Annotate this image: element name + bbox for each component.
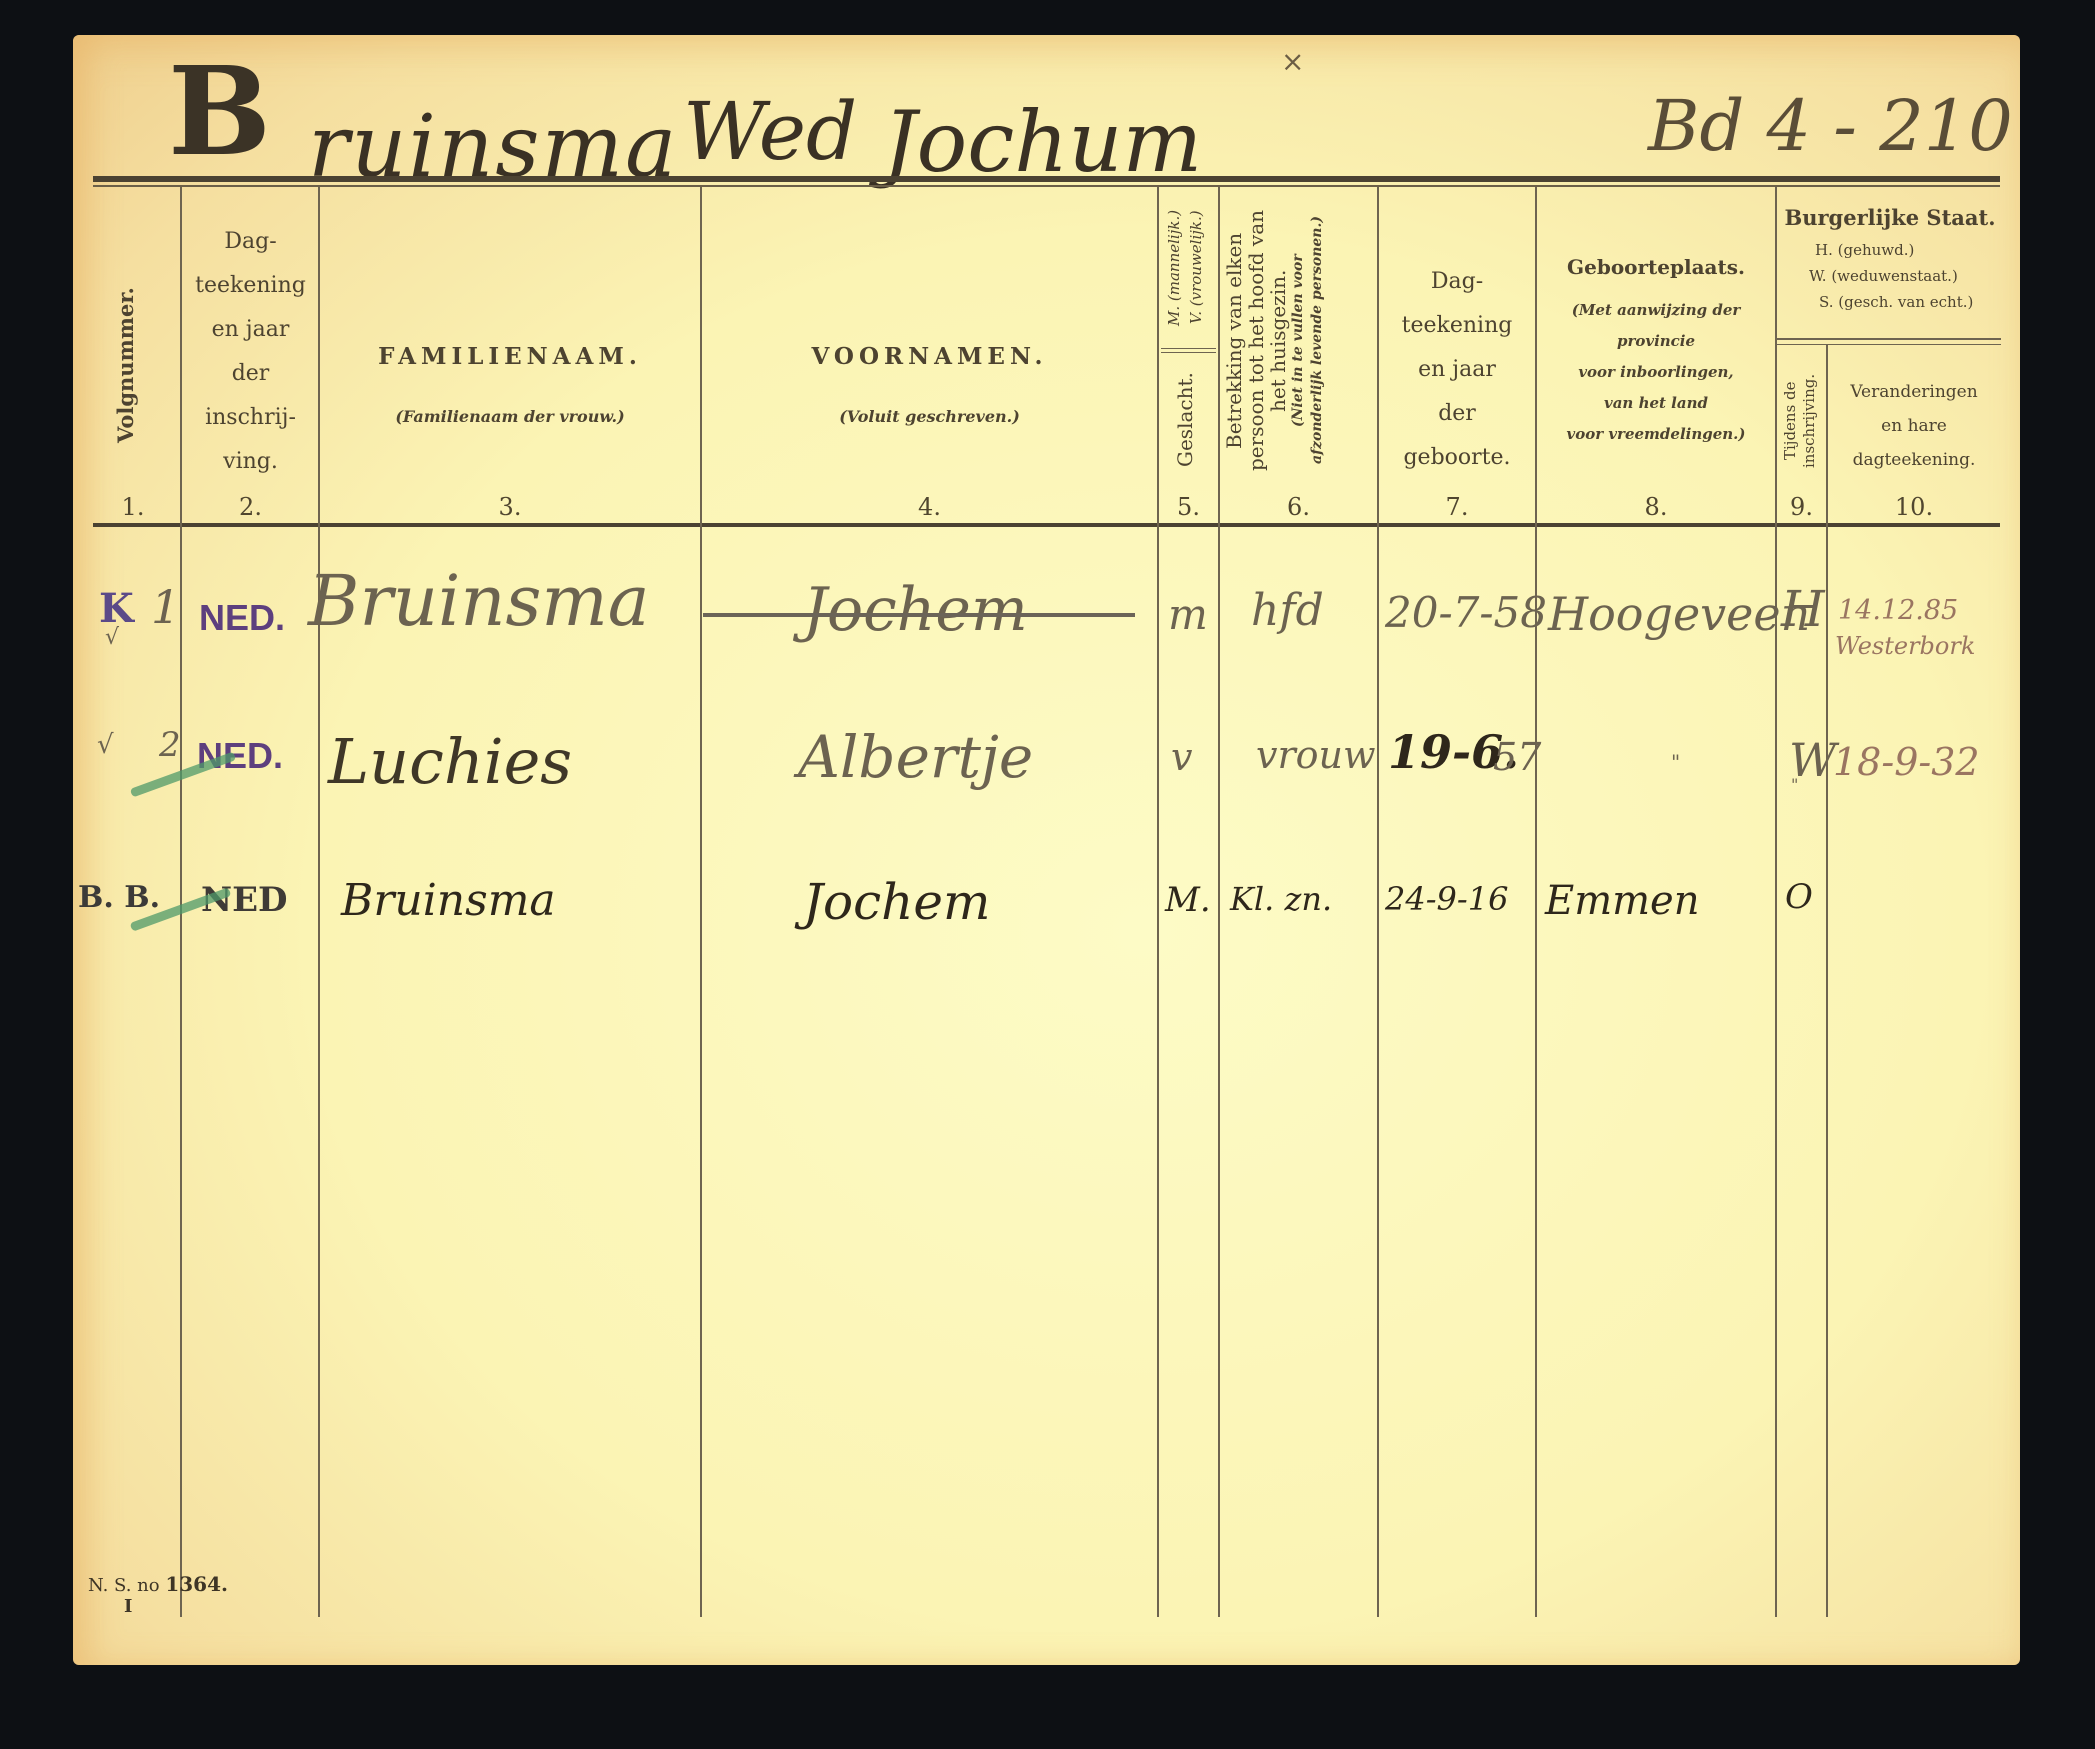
form-code: N. S. no 1364. I [88,1572,228,1617]
col-number-8: 8. [1537,493,1775,521]
col-number-6: 6. [1220,493,1377,521]
geboorteplaats-ditto: " [1671,750,1680,774]
geslacht-sub-rule-thin [1161,352,1216,353]
col-number-7: 7. [1379,493,1535,521]
burgerlijke-staat: O [1785,877,1813,917]
voornamen-strikethrough [703,613,1135,617]
header-burgerlijke-staat: Burgerlijke Staat. [1777,205,2003,230]
header-voornamen-sub: (Voluit geschreven.) [702,407,1157,426]
header-dagteekening-geboorte: Dag- teekening en jaar der geboorte. [1379,260,1535,480]
header-familienaam-sub: (Familienaam der vrouw.) [320,407,700,426]
check-mark: √ [97,730,114,760]
header-veranderingen: Veranderingen en hare dagteekening. [1828,375,2000,477]
col-divider-3 [700,187,702,1617]
col-divider-5 [1218,187,1220,1617]
veranderingen: 18-9-32 [1833,740,1980,784]
header-dagteekening-inschrijving: Dag- teekening en jaar der inschrij- vin… [183,220,318,484]
col-number-2: 2. [183,493,318,521]
header-bottom-rule [93,523,2000,527]
header-familienaam: FAMILIENAAM. [320,343,700,370]
population-register-card: B ruinsma Wed Jochum × Bd 4 - 210 Volgnu… [73,35,2020,1665]
header-voornamen: VOORNAMEN. [702,343,1157,370]
title-reference: Bd 4 - 210 [1648,85,2013,167]
col-divider-4 [1157,187,1159,1617]
familienaam: Bruinsma [308,560,650,642]
margin-stamp: B. B. [78,880,160,915]
betrekking: vrouw [1256,733,1376,777]
veranderingen-place: Westerbork [1835,632,1975,660]
inschrijving-stamp: NED. [197,735,283,777]
col-divider-2 [318,187,320,1617]
header-tijdens-inschrijving: Tijdens de inschrijving. [1781,357,1823,485]
betrekking: Kl. zn. [1230,880,1332,918]
geslacht-sub-rule [1161,348,1216,349]
col-number-5: 5. [1159,493,1218,521]
familienaam: Bruinsma [341,875,556,926]
title-surname: ruinsma [308,97,678,197]
col-number-3: 3. [320,493,700,521]
burgerlijke-staat-legend: H. (gehuwd.) W. (weduwenstaat.) S. (gesc… [1801,237,2001,315]
staat-sub-rule [1775,338,2001,340]
burgerlijke-staat: H [1781,580,1825,638]
staat-ditto: " [1791,775,1798,794]
header-top-rule-thin [93,185,2000,187]
betrekking: hfd [1251,585,1324,636]
volgnummer: 2 [159,725,181,765]
geslacht: v [1171,735,1192,779]
col-number-9: 9. [1777,493,1826,521]
col-divider-8 [1775,187,1777,1617]
volgnummer: 1 [151,580,180,634]
col-divider-1 [180,187,182,1617]
familienaam: Luchies [328,725,572,798]
geslacht: m [1168,590,1208,639]
col-number-10: 10. [1828,493,2000,521]
geboorte-datum: 24-9-16 [1385,880,1508,918]
staat-sub-rule-thin [1775,344,2001,345]
title-status: Wed [683,85,857,178]
title-cross-mark: × [1281,45,1304,78]
voornamen: Albertje [798,723,1033,791]
header-volgnummer: Volgnummer. [113,265,143,465]
col-divider-9 [1826,345,1828,1617]
veranderingen: 14.12.85 [1838,595,1958,626]
header-betrekking: Betrekking van elken persoon tot het hoo… [1223,193,1373,488]
geboorteplaats: Emmen [1545,878,1700,924]
geboorte-datum: 20-7-58 [1385,588,1547,637]
col-number-1: 1. [103,493,163,521]
header-geboorteplaats: Geboorteplaats. [1537,255,1775,279]
header-top-rule [93,176,2000,182]
header-geboorteplaats-note: (Met aanwijzing der provincie voor inboo… [1537,295,1775,450]
voornamen: Jochem [803,873,990,931]
geboorte-jaar: 57 [1493,735,1541,779]
inschrijving-stamp: NED. [199,597,285,639]
geslacht: M. [1165,880,1211,920]
header-geslacht-legend: M. (mannelijk.) V. (vrouwelijk.) [1163,190,1213,345]
col-number-4: 4. [702,493,1157,521]
title-printed-initial: B [168,50,271,172]
header-geslacht: Geslacht. [1173,357,1203,482]
check-mark: √ [105,625,119,650]
voornamen: Jochem [803,575,1028,645]
geboorteplaats: Hoogeveen [1548,587,1810,641]
